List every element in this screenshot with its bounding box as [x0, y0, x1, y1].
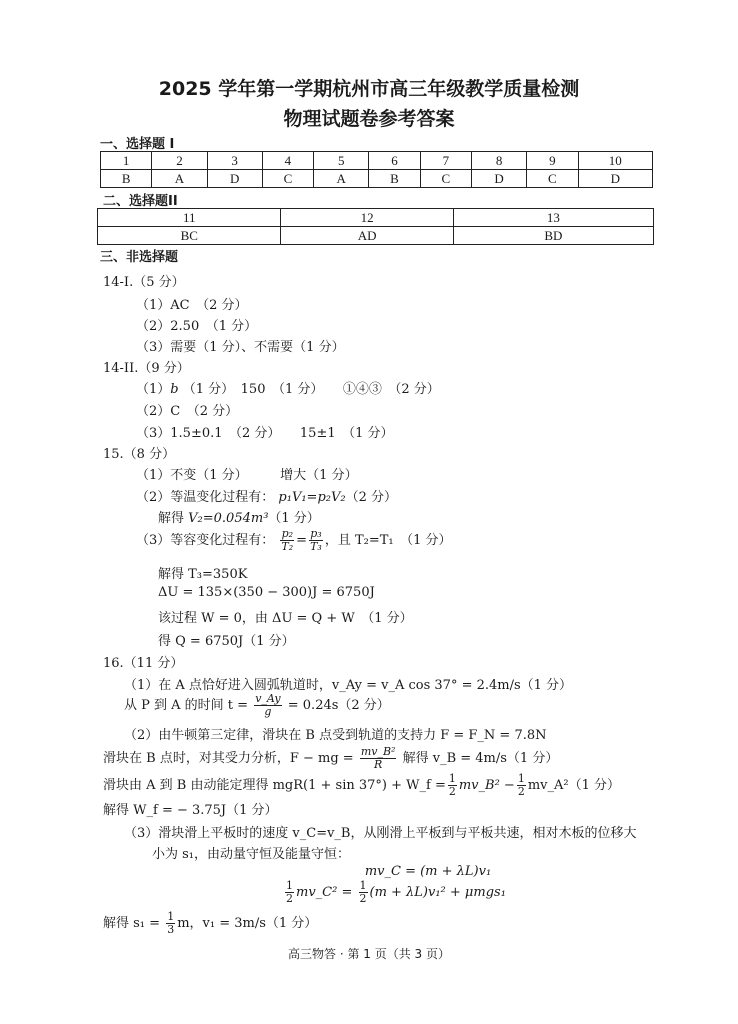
text: ，且 T₂=T₁ （1 分） — [325, 533, 452, 548]
table-row-answers: B A D C A B C D C D — [101, 170, 653, 188]
q16-answer-7: （3）滑块滑上平板时的速度 v_C=v_B，从刚滑上平板到与平板共速，相对木板的… — [124, 822, 637, 841]
fraction: p₂T₂ — [280, 528, 294, 553]
table-cell: A — [152, 170, 207, 188]
text: 滑块在 B 点时，对其受力分析，F − mg = — [103, 751, 354, 766]
denominator: 2 — [285, 893, 294, 905]
table-cell: 5 — [314, 152, 369, 170]
section-1-heading: 一、选择题 I — [100, 133, 174, 152]
q16-answer-8: 小为 s₁，由动量守恒及能量守恒： — [152, 843, 350, 862]
text: （2）等温变化过程有： — [136, 490, 274, 505]
equation: p₁V₁=p₂V₂ — [278, 490, 345, 505]
table-cell: 4 — [262, 152, 313, 170]
fraction: p₃T₃ — [309, 528, 323, 553]
fraction: 12 — [448, 773, 457, 798]
q14-2-answer-1: （1）b （1 分） 150 （1 分） ①④③ （2 分） — [136, 378, 440, 397]
fraction: 12 — [359, 880, 368, 905]
q16-answer-6: 解得 W_f = − 3.75J（1 分） — [103, 799, 278, 818]
denominator: 3 — [166, 924, 175, 936]
text: = 0.24s（2 分） — [288, 698, 390, 713]
table-cell: D — [578, 170, 652, 188]
text: 解得 — [158, 511, 184, 526]
table-cell: 1 — [101, 152, 152, 170]
table-cell: 8 — [472, 152, 527, 170]
fraction: v_Ayg — [254, 693, 281, 718]
table-cell: BD — [453, 227, 653, 245]
q15-answer-6: ΔU = 135×(350 − 300)J = 6750J — [158, 585, 375, 600]
equation: (m + λL)v₁² + μmgs₁ — [370, 885, 506, 900]
table-row-numbers: 11 12 13 — [98, 209, 654, 227]
table-cell: 13 — [453, 209, 653, 227]
q16-answer-5: 滑块由 A 到 B 由动能定理得 mgR(1 + sin 37°) + W_f … — [103, 773, 620, 798]
text: 从 P 到 A 的时间 t = — [124, 698, 248, 713]
denominator: 2 — [359, 893, 368, 905]
q15-answer-3: 解得 V₂=0.054m³（1 分） — [158, 507, 320, 526]
text: mv_A²（1 分） — [528, 778, 620, 793]
table-cell: C — [420, 170, 471, 188]
table-row-answers: BC AD BD — [98, 227, 654, 245]
table-cell: BC — [98, 227, 281, 245]
table-cell: A — [314, 170, 369, 188]
table-cell: D — [472, 170, 527, 188]
fraction: 12 — [285, 880, 294, 905]
table-cell: AD — [281, 227, 453, 245]
fraction: 12 — [517, 773, 526, 798]
q14-1-answer-1: （1）AC （2 分） — [136, 294, 248, 313]
q15-answer-2: （2）等温变化过程有： p₁V₁=p₂V₂（2 分） — [136, 486, 397, 505]
text: （2 分） — [346, 490, 397, 505]
q16-equation-1: mv_C = (m + λL)v₁ — [318, 864, 538, 879]
text: m，v₁ = 3m/s（1 分） — [177, 916, 317, 931]
q16-answer-1: （1）在 A 点恰好进入圆弧轨道时，v_Ay = v_A cos 37° = 2… — [124, 674, 572, 693]
table-cell: C — [527, 170, 578, 188]
q16-answer-9: 解得 s₁ = 13m，v₁ = 3m/s（1 分） — [103, 911, 317, 936]
table-row-numbers: 1 2 3 4 5 6 7 8 9 10 — [101, 152, 653, 170]
table-cell: 6 — [369, 152, 420, 170]
table-cell: B — [101, 170, 152, 188]
table-cell: D — [207, 170, 262, 188]
q15-answer-1: （1）不变（1 分） 增大（1 分） — [136, 464, 358, 483]
equation: V₂=0.054m³ — [188, 511, 268, 526]
denominator: R — [360, 759, 397, 771]
page-subtitle: 物理试题卷参考答案 — [0, 104, 738, 131]
q16-equation-2: 12mv_C² = 12(m + λL)v₁² + μmgs₁ — [283, 880, 506, 905]
table-cell: C — [262, 170, 313, 188]
page-footer: 高三物答 · 第 1 页（共 3 页） — [0, 945, 738, 962]
q16-answer-2: 从 P 到 A 的时间 t = v_Ayg = 0.24s（2 分） — [124, 693, 390, 718]
denominator: T₂ — [280, 541, 294, 553]
q15-answer-4: （3）等容变化过程有： p₂T₂=p₃T₃，且 T₂=T₁ （1 分） — [136, 528, 452, 553]
answer-table-2: 11 12 13 BC AD BD — [97, 208, 654, 245]
q14-1-answer-2: （2）2.50 （1 分） — [136, 315, 257, 334]
section-3-heading: 三、非选择题 — [100, 246, 178, 265]
q14-2-answer-3: （3）1.5±0.1 （2 分） 15±1 （1 分） — [136, 422, 394, 441]
text: （1） — [136, 382, 170, 397]
fraction: 13 — [166, 911, 175, 936]
text: （1 分） — [268, 511, 319, 526]
q15-answer-7: 该过程 W = 0，由 ΔU = Q + W （1 分） — [158, 607, 413, 626]
q14-1-answer-3: （3）需要（1 分）、不需要（1 分） — [136, 336, 345, 355]
text: 滑块由 A 到 B 由动能定理得 mgR(1 + sin 37°) + W_f … — [103, 778, 446, 793]
table-cell: 2 — [152, 152, 207, 170]
denominator: g — [254, 706, 281, 718]
denominator: 2 — [448, 786, 457, 798]
q16-answer-3: （2）由牛顿第三定律，滑块在 B 点受到轨道的支持力 F = F_N = 7.8… — [124, 724, 547, 743]
table-cell: 9 — [527, 152, 578, 170]
equation: mv_C² = — [296, 885, 352, 900]
section-2-heading: 二、选择题II — [103, 190, 178, 209]
q16-answer-4: 滑块在 B 点时，对其受力分析，F − mg = mv_B²R 解得 v_B =… — [103, 746, 558, 771]
table-cell: 3 — [207, 152, 262, 170]
page-title: 2025 学年第一学期杭州市高三年级教学质量检测 — [0, 74, 738, 101]
answer-table-1: 1 2 3 4 5 6 7 8 9 10 B A D C A B C D C D — [100, 151, 653, 188]
q15-label: 15.（8 分） — [103, 443, 175, 462]
q14-2-answer-2: （2）C （2 分） — [136, 400, 238, 419]
text: （3）等容变化过程有： — [136, 533, 274, 548]
q15-answer-8: 得 Q = 6750J（1 分） — [158, 630, 295, 649]
table-cell: 7 — [420, 152, 471, 170]
table-cell: 11 — [98, 209, 281, 227]
table-cell: 12 — [281, 209, 453, 227]
fraction: mv_B²R — [360, 746, 397, 771]
q14-1-label: 14-I.（5 分） — [103, 271, 185, 290]
q15-answer-5: 解得 T₃=350K — [158, 563, 247, 582]
table-cell: 10 — [578, 152, 652, 170]
q14-2-label: 14-II.（9 分） — [103, 357, 190, 376]
text: （1 分） 150 （1 分） ①④③ （2 分） — [183, 382, 440, 397]
denominator: 2 — [517, 786, 526, 798]
denominator: T₃ — [309, 541, 323, 553]
equation: mv_B² − — [459, 778, 515, 793]
text: 解得 v_B = 4m/s（1 分） — [403, 751, 559, 766]
text: 解得 s₁ = — [103, 916, 160, 931]
text: b — [170, 382, 178, 397]
table-cell: B — [369, 170, 420, 188]
q16-label: 16.（11 分） — [103, 652, 183, 671]
